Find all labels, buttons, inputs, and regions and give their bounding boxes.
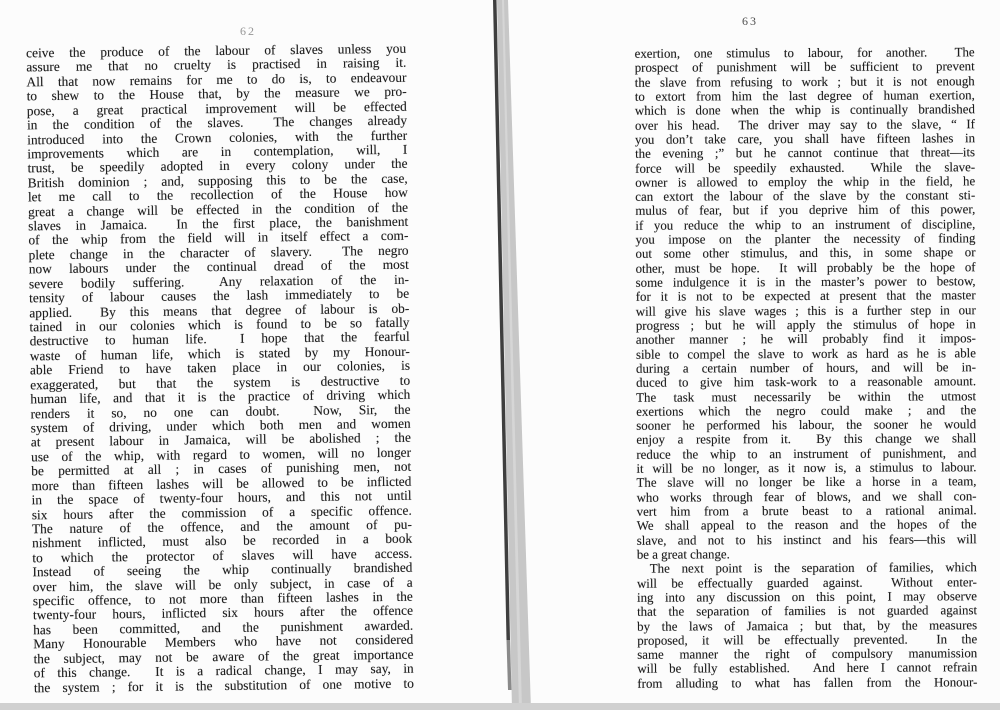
page-62-text: ceive the produce of the labour of slave… [26, 42, 414, 696]
text-line: you impose on the planter the necessity … [635, 231, 975, 247]
text-line: We shall appeal to the reason and the ho… [637, 518, 977, 534]
text-line: by the laws of Jamaica ; but that, by th… [637, 618, 977, 634]
text-line: it will be no longer, as it now is, a st… [636, 460, 976, 476]
text-line: The next point is the separation of fami… [637, 561, 977, 577]
text-line: you don’t take care, you shall have fift… [635, 131, 975, 147]
page-number-right: 63 [742, 14, 758, 29]
text-line: out some other stimulus, and this, in so… [635, 246, 975, 262]
text-line: enjoy a respite from it. By this change … [636, 432, 976, 448]
text-line: to extort from him the last degree of hu… [635, 88, 975, 104]
text-line: mulus of fear, but if you deprive him of… [635, 203, 975, 219]
text-line: who works through fear of blows, and we … [637, 489, 977, 505]
text-line: the system ; for it is the substitution … [34, 676, 414, 695]
text-line: will be fully established. And here I ca… [637, 661, 977, 677]
text-line: reduce the whip to an instrument of puni… [636, 446, 976, 462]
text-line: sible to compel the slave to work as har… [636, 346, 976, 362]
text-line: will give his slave wages ; this is a fu… [636, 303, 976, 319]
text-line: The task must necessarily be within the … [636, 389, 976, 405]
text-line: that the separation of families is not g… [637, 603, 977, 619]
text-line: exertion, one stimulus to labour, for an… [635, 45, 975, 61]
text-line: progress ; but he will apply the stimulu… [636, 317, 976, 333]
text-line: the slave from refusing to work ; but it… [635, 74, 975, 90]
text-line: proposed, it will be effectually prevent… [637, 632, 977, 648]
text-line: other, must be hope. It will probably be… [636, 260, 976, 276]
text-line: for it is not to be expected at present … [636, 289, 976, 305]
page-number-left: 62 [240, 24, 256, 39]
text-line: another manner ; he will probably find i… [636, 332, 976, 348]
text-line: will be effectually guarded against. Wit… [637, 575, 977, 591]
scan-edge-bar [0, 703, 1000, 710]
text-line: sooner he performed his labour, the soon… [636, 417, 976, 433]
text-line: prospect of punishment will be sufficien… [635, 60, 975, 76]
text-line: during a certain number of hours, and wi… [636, 360, 976, 376]
text-line: same manner the right of compulsory manu… [637, 646, 977, 662]
text-line: slave, and not to his instinct and his f… [637, 532, 977, 548]
text-line: exertions which the negro could make ; a… [636, 403, 976, 419]
scanned-book-spread: 62 ceive the produce of the labour of sl… [0, 0, 1000, 710]
text-line: from alluding to what has fallen from th… [637, 675, 977, 691]
text-line: force will be speedily exhausted. While … [635, 160, 975, 176]
text-line: can extort the labour of the slave by th… [635, 188, 975, 204]
text-line: the evening ;” but he cannot continue th… [635, 145, 975, 161]
text-line: ing into any discussion on this point, I… [637, 589, 977, 605]
text-line: some indulgence it is in the master’s po… [636, 274, 976, 290]
text-line: duced to give him task-work to a reasona… [636, 374, 976, 390]
text-line: if you reduce the whip to an instrument … [635, 217, 975, 233]
text-line: owner is allowed to employ the whip in t… [635, 174, 975, 190]
text-line: The slave will no longer be like a horse… [636, 475, 976, 491]
text-line: which is done when the whip is continual… [635, 103, 975, 119]
text-line: vert him from a brute beast to a rationa… [637, 503, 977, 519]
text-line: be a great change. [637, 546, 977, 562]
text-line: over his head. The driver may say to the… [635, 117, 975, 133]
page-63-text: exertion, one stimulus to labour, for an… [635, 45, 978, 691]
